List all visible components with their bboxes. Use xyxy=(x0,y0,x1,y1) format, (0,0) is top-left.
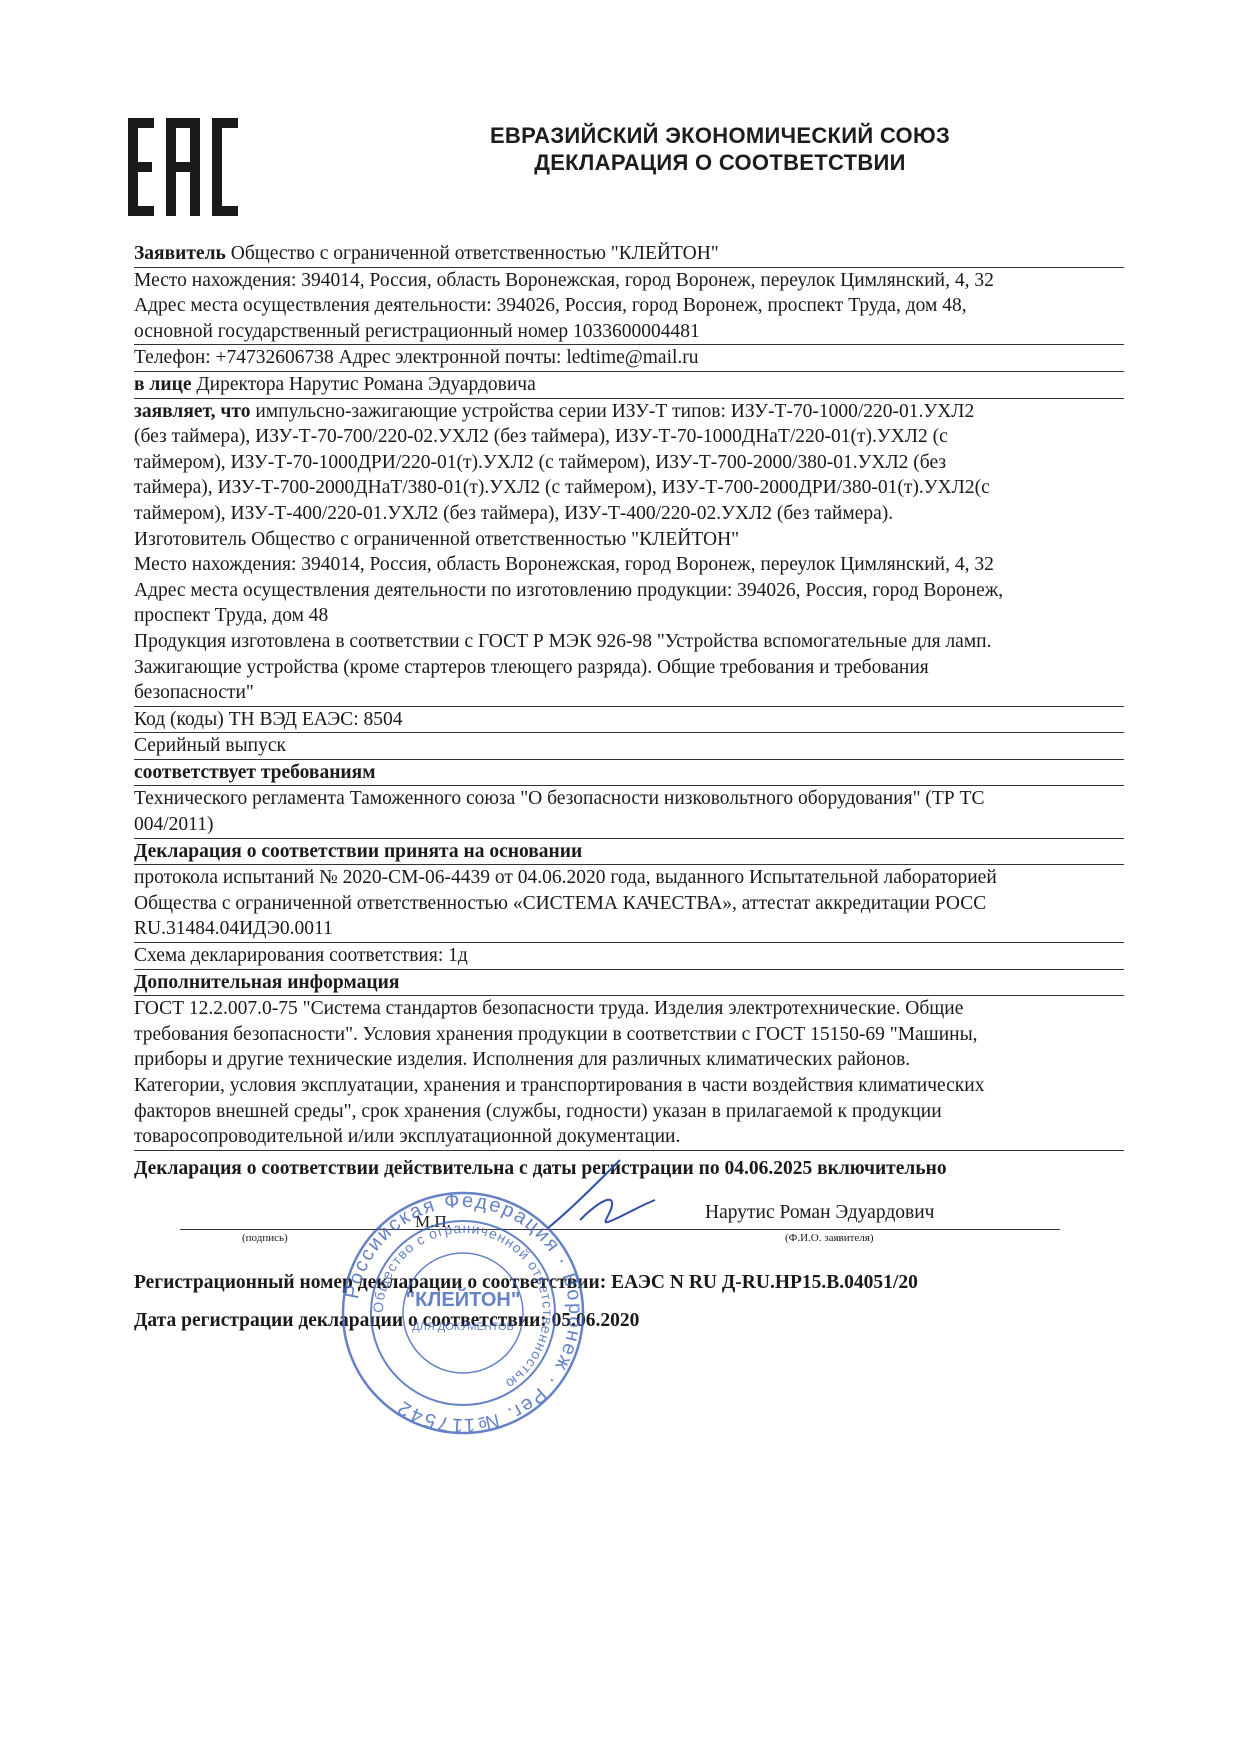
applicant-label: Заявитель xyxy=(134,243,226,264)
signature-label: (подпись) xyxy=(242,1232,288,1244)
applicant-name: Общество с ограниченной ответственностью… xyxy=(226,243,719,264)
additional-label: Дополнительная информация xyxy=(134,970,1124,996)
document-header: ЕВРАЗИЙСКИЙ ЭКОНОМИЧЕСКИЙ СОЮЗ ДЕКЛАРАЦИ… xyxy=(420,122,1020,176)
declaration-body: Заявитель Общество с ограниченной ответс… xyxy=(134,241,1124,1151)
additional-label-row: Дополнительная информация xyxy=(134,970,1124,997)
eac-logo xyxy=(128,118,238,216)
standard-line: безопасности" xyxy=(134,680,1124,706)
registration-date: Дата регистрации декларации о соответств… xyxy=(134,1310,639,1332)
manufacturer: Изготовитель Общество с ограниченной отв… xyxy=(134,527,1124,553)
production-address-line: проспект Труда, дом 48 xyxy=(134,603,1124,629)
product-line: (без таймера), ИЗУ-Т-70-700/220-02.УХЛ2 … xyxy=(134,424,1124,450)
representative-label: в лице xyxy=(134,374,191,395)
basis-line: протокола испытаний № 2020-СМ-06-4439 от… xyxy=(134,865,1124,891)
applicant-activity-address: Адрес места осуществления деятельности: … xyxy=(134,293,1124,319)
representative-value: Директора Нарутис Романа Эдуардовича xyxy=(191,374,535,395)
additional-line: Категории, условия эксплуатации, хранени… xyxy=(134,1073,1124,1099)
basis-label: Декларация о соответствии принята на осн… xyxy=(134,839,1124,865)
declaration-title: ДЕКЛАРАЦИЯ О СООТВЕТСТВИИ xyxy=(420,149,1020,176)
signature-line xyxy=(180,1229,1060,1230)
declares-label: заявляет, что xyxy=(134,401,251,422)
additional-line: требования безопасности". Условия хранен… xyxy=(134,1022,1124,1048)
basis-line: Общества с ограниченной ответственностью… xyxy=(134,891,1124,917)
svg-text:Общество с ограниченной ответс: Общество с ограниченной ответственностью xyxy=(370,1220,556,1393)
series-row: Серийный выпуск xyxy=(134,733,1124,760)
tnved-code: Код (коды) ТН ВЭД ЕАЭС: 8504 xyxy=(134,707,1124,733)
basis-section: протокола испытаний № 2020-СМ-06-4439 от… xyxy=(134,865,1124,943)
applicant-location: Место нахождения: 394014, Россия, област… xyxy=(134,268,1124,294)
regulation-line: 004/2011) xyxy=(134,812,1124,838)
product-line: импульсно-зажигающие устройства серии ИЗ… xyxy=(251,401,975,422)
standard-line: Зажигающие устройства (кроме стартеров т… xyxy=(134,655,1124,681)
series-type: Серийный выпуск xyxy=(134,733,1124,759)
applicant-section: Заявитель Общество с ограниченной ответс… xyxy=(134,241,1124,268)
registration-number: Регистрационный номер декларации о соотв… xyxy=(134,1272,918,1294)
product-line: таймером), ИЗУ-Т-70-1000ДРИ/220-01(т).УХ… xyxy=(134,450,1124,476)
product-line: таймером), ИЗУ-Т-400/220-01.УХЛ2 (без та… xyxy=(134,501,1124,527)
representative-section: в лице Директора Нарутис Романа Эдуардов… xyxy=(134,372,1124,399)
signer-name: Нарутис Роман Эдуардович xyxy=(705,1202,934,1224)
applicant-contacts-row: Телефон: +74732606738 Адрес электронной … xyxy=(134,345,1124,372)
additional-line: ГОСТ 12.2.007.0-75 "Система стандартов б… xyxy=(134,996,1124,1022)
basis-label-row: Декларация о соответствии принята на осн… xyxy=(134,839,1124,866)
scheme-row: Схема декларирования соответствия: 1д xyxy=(134,943,1124,970)
additional-line: приборы и другие технические изделия. Ис… xyxy=(134,1047,1124,1073)
additional-section: ГОСТ 12.2.007.0-75 "Система стандартов б… xyxy=(134,996,1124,1151)
declaration-scheme: Схема декларирования соответствия: 1д xyxy=(134,943,1124,969)
product-line: таймера), ИЗУ-Т-700-2000ДНаТ/380-01(т).У… xyxy=(134,475,1124,501)
union-title: ЕВРАЗИЙСКИЙ ЭКОНОМИЧЕСКИЙ СОЮЗ xyxy=(420,122,1020,149)
additional-line: факторов внешней среды", срок хранения (… xyxy=(134,1099,1124,1125)
fio-label: (Ф.И.О. заявителя) xyxy=(785,1232,874,1244)
applicant-contacts: Телефон: +74732606738 Адрес электронной … xyxy=(134,345,1124,371)
complies-section: Технического регламента Таможенного союз… xyxy=(134,786,1124,838)
basis-line: RU.31484.04ИДЭ0.0011 xyxy=(134,916,1124,942)
applicant-ogrn: основной государственный регистрационный… xyxy=(134,319,1124,345)
production-address-line: Адрес места осуществления деятельности п… xyxy=(134,578,1124,604)
complies-label: соответствует требованиям xyxy=(134,760,1124,786)
additional-line: товаросопроводительной и/или эксплуатаци… xyxy=(134,1124,1124,1150)
validity-statement: Декларация о соответствии действительна … xyxy=(134,1158,947,1180)
regulation-line: Технического регламента Таможенного союз… xyxy=(134,786,1124,812)
eac-mark-icon xyxy=(128,118,238,216)
standard-end-row: безопасности" xyxy=(134,680,1124,707)
tnved-row: Код (коды) ТН ВЭД ЕАЭС: 8504 xyxy=(134,707,1124,734)
complies-label-row: соответствует требованиям xyxy=(134,760,1124,787)
standard-line: Продукция изготовлена в соответствии с Г… xyxy=(134,629,1124,655)
manufacturer-location: Место нахождения: 394014, Россия, област… xyxy=(134,552,1124,578)
applicant-details: Место нахождения: 394014, Россия, област… xyxy=(134,268,1124,346)
declares-section: заявляет, что импульсно-зажигающие устро… xyxy=(134,399,1124,681)
